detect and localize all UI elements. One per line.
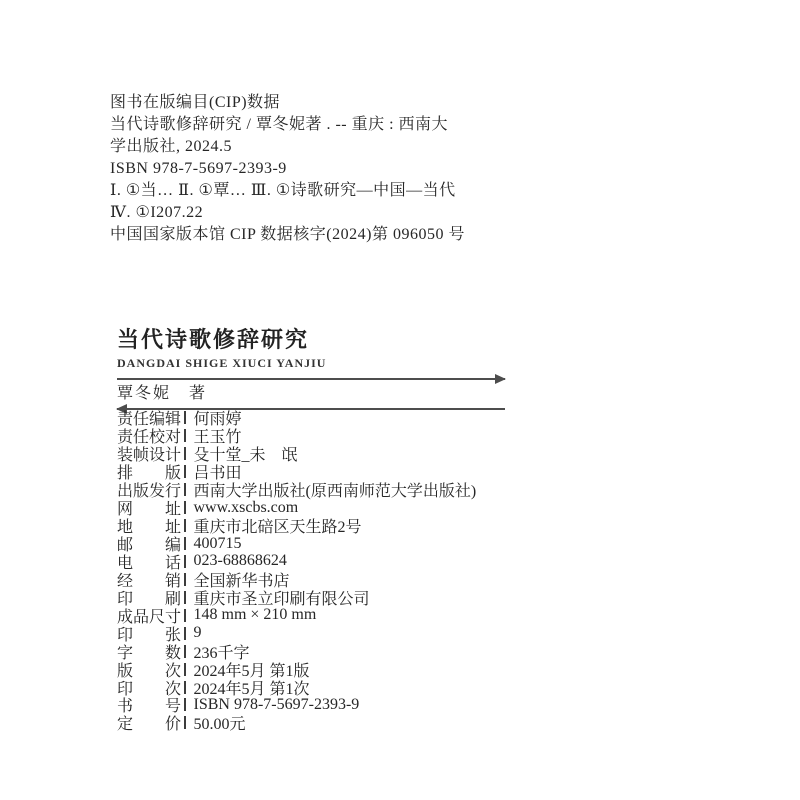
colophon-list: 责任编辑 何雨婷 责任校对 王玉竹 装帧设计 殳十堂_未 氓 排 版 吕书田 [117, 409, 522, 732]
title-block: 当代诗歌修辞研究 DANGDAI SHIGE XIUCI YANJIU 覃冬妮 … [117, 327, 505, 410]
divider-bar-icon [184, 716, 186, 729]
colophon-value: 400715 [194, 535, 523, 553]
cip-header: 图书在版编目(CIP)数据 [110, 92, 522, 114]
colophon-row: 定 价 50.00元 [117, 714, 522, 732]
rule-arrow-right [117, 378, 505, 380]
divider-bar-icon [184, 519, 186, 532]
divider-bar-icon [184, 501, 186, 514]
divider-bar-icon [184, 609, 186, 622]
divider-bar-icon [184, 537, 186, 550]
divider-bar-icon [184, 681, 186, 694]
divider-bar-icon [184, 429, 186, 442]
divider-bar-icon [184, 483, 186, 496]
divider-bar-icon [184, 645, 186, 658]
divider-bar-icon [184, 555, 186, 568]
divider-bar-icon [184, 591, 186, 604]
book-title: 当代诗歌修辞研究 [117, 327, 505, 352]
cip-classification-line-2: Ⅳ. ①I207.22 [110, 202, 522, 224]
divider-bar-icon [184, 411, 186, 424]
cip-data-block: 图书在版编目(CIP)数据 当代诗歌修辞研究 / 覃冬妮著 . -- 重庆 : … [110, 92, 522, 246]
book-author: 覃冬妮 著 [117, 384, 505, 403]
cip-entry-line-2: 学出版社, 2024.5 [110, 136, 522, 158]
arrow-right-icon [495, 374, 506, 384]
divider-bar-icon [184, 627, 186, 640]
colophon-label: 定 价 [117, 711, 181, 734]
divider-bar-icon [184, 573, 186, 586]
cip-record-number-line: 中国国家版本馆 CIP 数据核字(2024)第 096050 号 [110, 224, 522, 246]
divider-bar-icon [184, 698, 186, 711]
divider-bar-icon [184, 465, 186, 478]
cip-entry-line-1: 当代诗歌修辞研究 / 覃冬妮著 . -- 重庆 : 西南大 [110, 114, 522, 136]
cip-classification-line-1: Ⅰ. ①当… Ⅱ. ①覃… Ⅲ. ①诗歌研究—中国—当代 [110, 180, 522, 202]
book-copyright-page: 图书在版编目(CIP)数据 当代诗歌修辞研究 / 覃冬妮著 . -- 重庆 : … [0, 0, 800, 800]
book-title-romanized: DANGDAI SHIGE XIUCI YANJIU [117, 356, 505, 371]
colophon-value: 50.00元 [194, 711, 523, 734]
divider-bar-icon [184, 447, 186, 460]
cip-isbn-line: ISBN 978-7-5697-2393-9 [110, 158, 522, 180]
divider-bar-icon [184, 663, 186, 676]
colophon-value: 148 mm × 210 mm [194, 606, 523, 624]
